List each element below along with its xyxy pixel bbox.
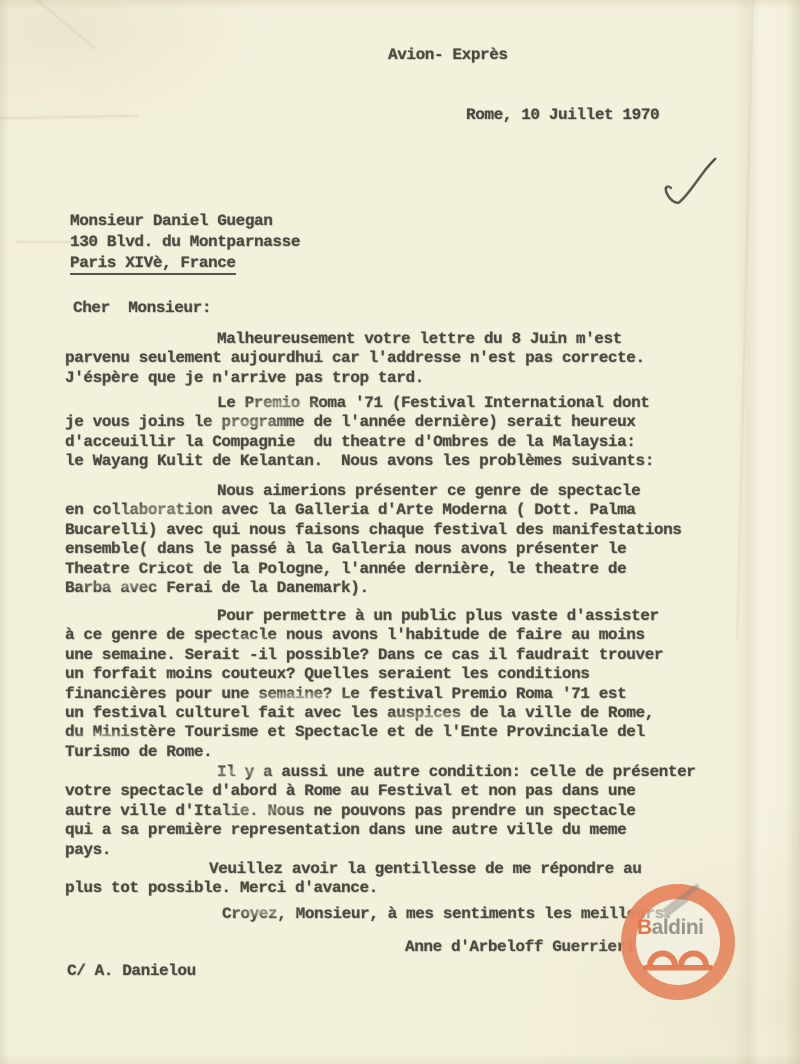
letter-line: à ce genre de spectacle nous avons l'hab… [65,626,775,645]
letter-line: d'acceuillir la Compagnie du theatre d'O… [65,433,775,452]
open-book-icon [641,941,715,973]
closing-line: Croyez, Monsieur, à mes sentiments les m… [222,905,673,924]
paper-crease [0,115,138,119]
scanned-letter: Avion- Exprès Rome, 10 Juillet 1970 Mons… [0,0,800,1064]
letter-line: pays. [65,841,775,860]
paragraph-1: Malheureusement votre lettre du 8 Juin m… [65,330,775,388]
letter-line: Bucarelli) avec qui nous faisons chaque … [65,521,775,540]
paper-crease [24,0,96,49]
letter-line: Le Premio Roma '71 (Festival Internation… [65,394,775,413]
letter-line: Theatre Cricot de la Pologne, l'année de… [65,560,775,579]
baldini-stamp: Baldini [621,884,735,1000]
letter-line: en collaboration avec la Galleria d'Arte… [65,501,775,520]
letter-line: Pour permettre à un public plus vaste d'… [65,607,775,626]
pen-checkmark-icon [648,150,726,214]
letter-line: du Ministère Tourisme et Spectacle et de… [65,723,775,742]
letter-line: Barba avec Ferai de la Danemark). [65,579,775,598]
paragraph-3: Nous aimerions présenter ce genre de spe… [65,482,775,598]
letter-line: le Wayang Kulit de Kelantan. Nous avons … [65,452,775,471]
paragraph-4: Pour permettre à un public plus vaste d'… [65,607,775,762]
recipient-street: 130 Blvd. du Montparnasse [70,233,780,252]
letter-line: Malheureusement votre lettre du 8 Juin m… [65,330,775,349]
recipient-address: Monsieur Daniel Guegan 130 Blvd. du Mont… [70,212,780,275]
letter-line: un festival culturel fait avec les auspi… [65,704,775,723]
letter-line: je vous joins le programme de l'année de… [65,413,775,432]
letter-line: un forfait moins couteux? Quelles seraie… [65,665,775,684]
letter-line: parvenu seulement aujourdhui car l'addre… [65,349,775,368]
letter-line: autre ville d'Italie. Nous ne pouvons pa… [65,802,775,821]
salutation: Cher Monsieur: [73,299,211,318]
letter-line: une semaine. Serait -il possible? Dans c… [65,646,775,665]
stamp-brand-rest: aldini [652,916,704,939]
letter-line: ensemble( dans le passé à la Galleria no… [65,540,775,559]
letter-line: votre spectacle d'abord à Rome au Festiv… [65,782,775,801]
stamp-brand-text: Baldini [637,917,704,939]
dateline: Rome, 10 Juillet 1970 [466,106,659,125]
letter-line: J'éspère que je n'arrive pas trop tard. [65,369,775,388]
paragraph-5: Il y a aussi une autre condition: celle … [65,763,775,860]
letter-line: Nous aimerions présenter ce genre de spe… [65,482,775,501]
recipient-city: Paris XIVè, France [70,254,780,275]
letter-line: Veuillez avoir la gentillesse de me répo… [65,860,775,879]
paragraph-2: Le Premio Roma '71 (Festival Internation… [65,394,775,472]
letter-line: Il y a aussi une autre condition: celle … [65,763,775,782]
letter-line: qui a sa première representation dans un… [65,821,775,840]
letter-line: Turismo de Rome. [65,743,775,762]
signature: Anne d'Arbeloff Guerrieri [405,938,635,957]
cc-line: C/ A. Danielou [67,962,196,981]
letter-line: financières pour une semaine? Le festiva… [65,685,775,704]
mail-route-label: Avion- Exprès [388,46,508,65]
recipient-name: Monsieur Daniel Guegan [70,212,780,231]
stamp-brand-initial: B [637,916,652,939]
